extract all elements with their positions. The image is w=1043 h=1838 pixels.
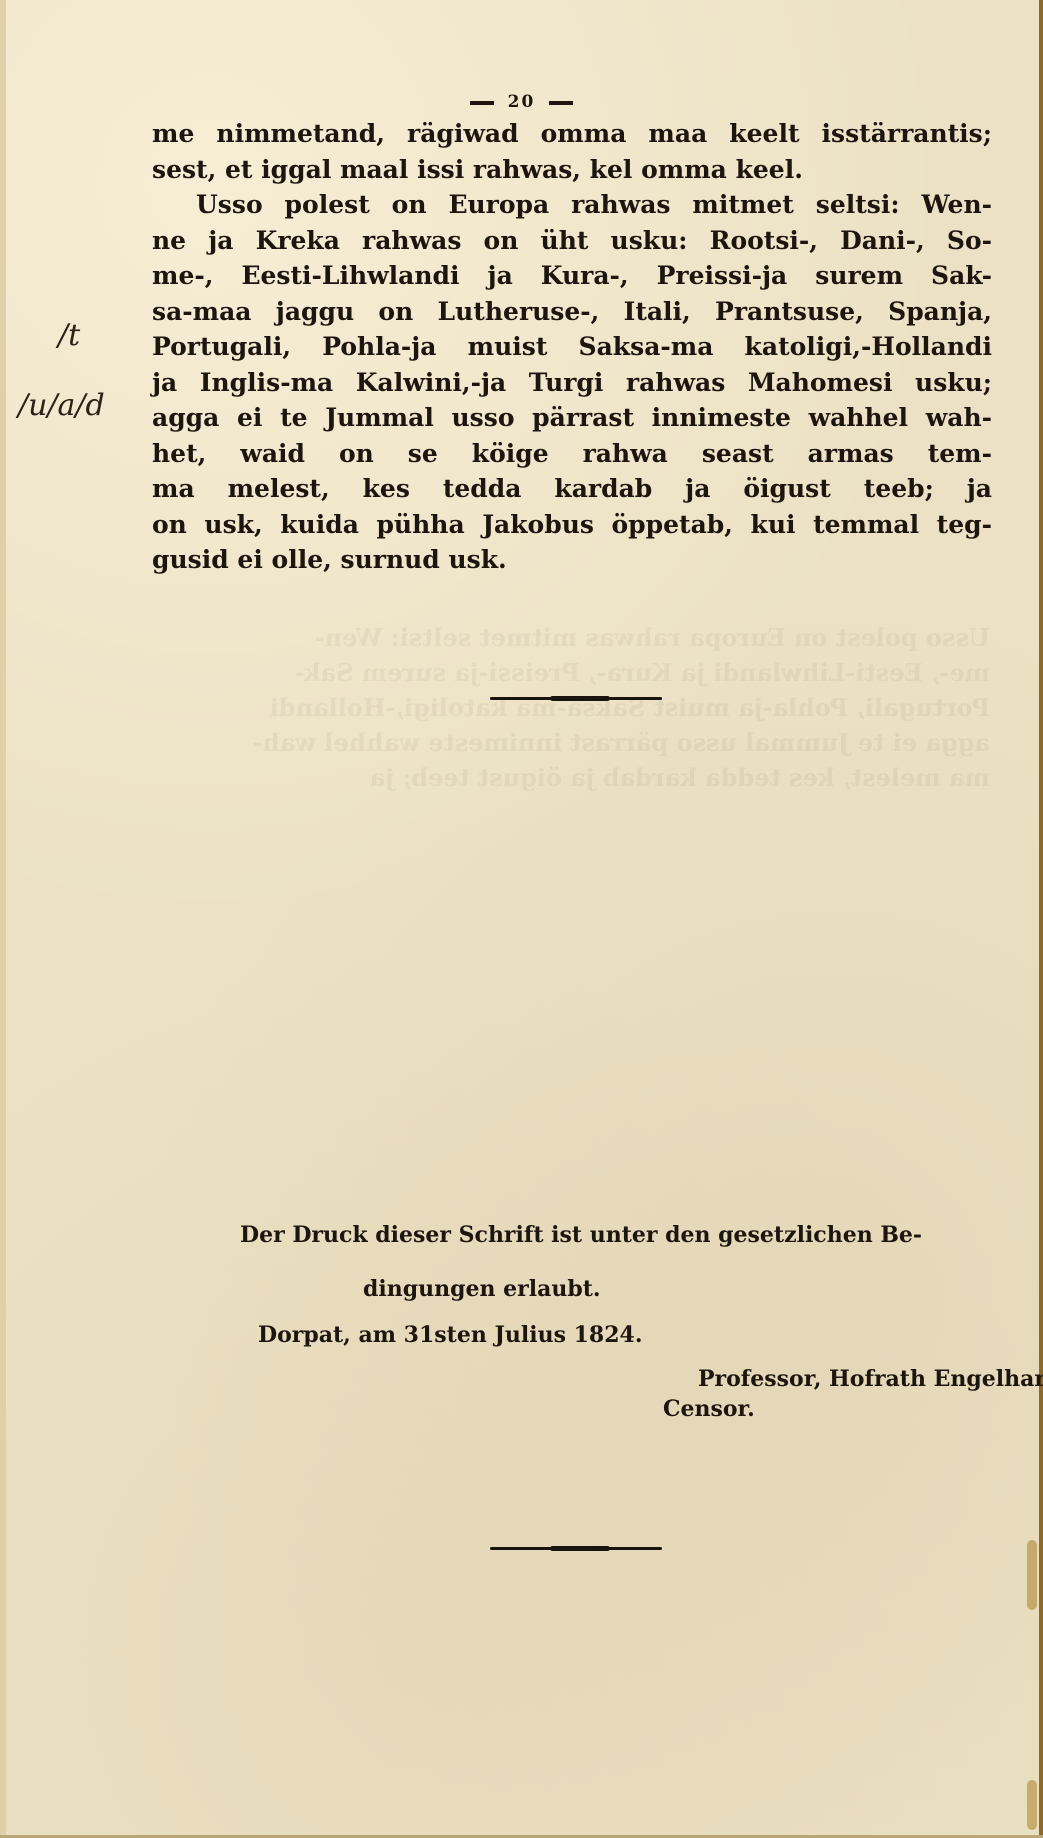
text-line: ja Inglis-ma Kalwini,-ja Turgi rahwas Ma… — [152, 365, 992, 401]
page-number: 20 — [0, 92, 1043, 112]
handwritten-margin-note: /u/a/d — [18, 388, 105, 423]
text-line: agga ei te Jummal usso pärrast innimeste… — [152, 400, 992, 436]
paper-stain — [1027, 1780, 1037, 1830]
text-line: me-, Eesti-Lihwlandi ja Kura-, Preissi-j… — [152, 258, 992, 294]
body-text: me nimmetand, rägiwad omma maa keelt iss… — [152, 116, 992, 578]
imprimatur-line-1: Der Druck dieser Schrift ist unter den g… — [240, 1222, 922, 1248]
censor-name: Professor, Hofrath Engelhardt, — [698, 1366, 1043, 1392]
text-line: ne ja Kreka rahwas on üht usku: Rootsi-,… — [152, 223, 992, 259]
imprimatur-line-2: dingungen erlaubt. — [363, 1276, 601, 1302]
imprimatur-place-date: Dorpat, am 31sten Julius 1824. — [258, 1322, 643, 1348]
text-line: sest, et iggal maal issi rahwas, kel omm… — [152, 152, 992, 188]
text-line: on usk, kuida pühha Jakobus öppetab, kui… — [152, 507, 992, 543]
dash-right — [549, 101, 573, 105]
page-right-border — [1039, 0, 1043, 1838]
page-left-edge — [0, 0, 6, 1838]
text-line: Portugali, Pohla-ja muist Saksa-ma katol… — [152, 329, 992, 365]
censor-role: Censor. — [663, 1396, 755, 1422]
dash-left — [470, 101, 494, 105]
page-number-value: 20 — [508, 92, 536, 112]
section-divider-rule — [490, 697, 662, 700]
end-divider-rule — [490, 1547, 662, 1550]
text-line: ma melest, kes tedda kardab ja öigust te… — [152, 471, 992, 507]
text-line: gusid ei olle, surnud usk. — [152, 542, 992, 578]
text-line: sa-maa jaggu on Lutheruse-, Itali, Prant… — [152, 294, 992, 330]
handwritten-margin-note: /t — [58, 318, 80, 353]
bleed-through-text: Usso polest on Europa rahwas mitmet selt… — [110, 620, 990, 1820]
text-line: Usso polest on Europa rahwas mitmet selt… — [152, 187, 992, 223]
paper-stain — [1027, 1540, 1037, 1610]
text-line: het, waid on se köige rahwa seast armas … — [152, 436, 992, 472]
text-line: me nimmetand, rägiwad omma maa keelt iss… — [152, 116, 992, 152]
